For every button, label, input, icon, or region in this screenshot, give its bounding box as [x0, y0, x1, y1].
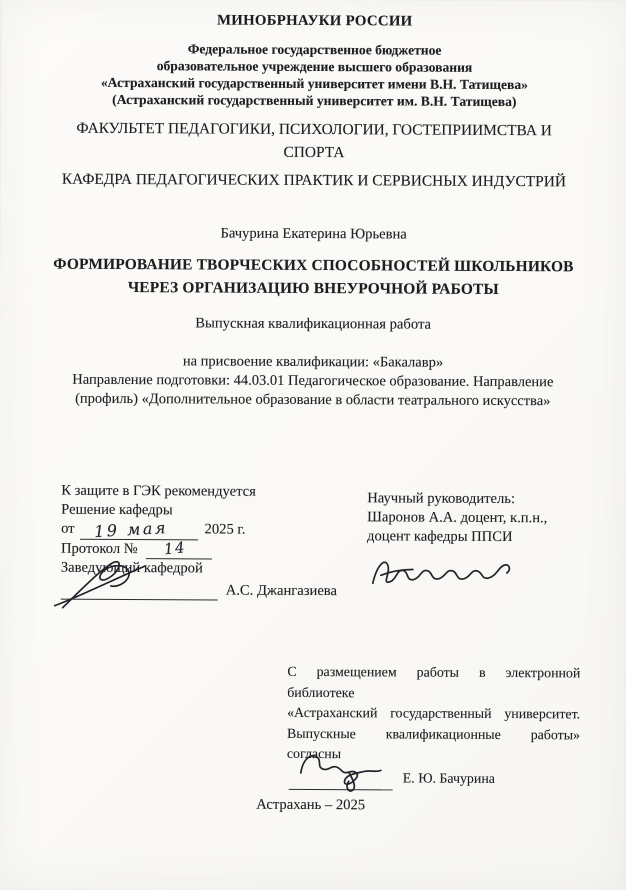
scanned-title-page: МИНОБРНАУКИ РОССИИ Федеральное государст…	[0, 0, 626, 890]
qualification-block: на присвоение квалификации: «Бакалавр» Н…	[0, 351, 626, 411]
consent-line: Выпускные квалификационные работы» согла…	[287, 725, 580, 768]
thesis-title-line: ФОРМИРОВАНИЕ ТВОРЧЕСКИХ СПОСОБНОСТЕЙ ШКО…	[0, 252, 626, 278]
faculty-line: ФАКУЛЬТЕТ ПЕДАГОГИКИ, ПСИХОЛОГИИ, ГОСТЕП…	[1, 116, 626, 142]
signer-name: Е. Ю. Бачурина	[403, 769, 495, 790]
author-name: Бачурина Екатерина Юрьевна	[1, 224, 626, 244]
approval-block: К защите в ГЭК рекомендуется Решение каф…	[61, 482, 358, 602]
protocol-line: Протокол № 14	[61, 539, 357, 560]
head-name: А.С. Джангазиева	[226, 582, 337, 602]
student-signature-blank-line	[289, 772, 393, 790]
department-heading: КАФЕДРА ПЕДАГОГИЧЕСКИХ ПРАКТИК И СЕРВИСН…	[1, 170, 626, 191]
decision-line: Решение кафедры	[61, 501, 357, 522]
head-label: Заведующий кафедрой	[61, 558, 357, 579]
handwritten-date: 19 мая	[94, 518, 169, 541]
supervisor-line: Шаронов А.А. доцент, к.п.н.,	[367, 508, 597, 528]
ministry-heading: МИНОБРНАУКИ РОССИИ	[2, 11, 626, 31]
supervisor-block: Научный руководитель: Шаронов А.А. доцен…	[367, 489, 598, 592]
supervisor-signature	[369, 553, 517, 592]
date-suffix: 2025 г.	[205, 521, 246, 540]
thesis-title-line: ЧЕРЕЗ ОРГАНИЗАЦИЮ ВНЕУРОЧНОЙ РАБОТЫ	[0, 275, 626, 301]
head-signature-line: А.С. Джангазиева	[61, 581, 357, 602]
consent-line: «Астраханский государственный университе…	[287, 704, 580, 726]
protocol-label: Протокол №	[61, 539, 138, 559]
library-consent-block: С размещением работы в электронной библи…	[287, 663, 581, 791]
handwritten-protocol-number: 14	[163, 538, 187, 559]
university-name-block: Федеральное государственное бюджетное об…	[1, 39, 626, 110]
thesis-title: ФОРМИРОВАНИЕ ТВОРЧЕСКИХ СПОСОБНОСТЕЙ ШКО…	[0, 252, 626, 301]
recommendation-line: К защите в ГЭК рекомендуется	[61, 482, 357, 503]
date-line: от 19 мая 2025 г.	[61, 520, 357, 541]
work-type-label: Выпускная квалификационная работа	[0, 314, 626, 334]
consent-line: С размещением работы в электронной библи…	[287, 663, 580, 706]
faculty-line: СПОРТА	[1, 139, 626, 165]
date-prefix: от	[61, 520, 75, 539]
student-signature-line: Е. Ю. Бачурина	[287, 769, 580, 791]
head-signature-blank-line	[61, 583, 218, 601]
program-line: (профиль) «Дополнительное образование в …	[0, 389, 626, 411]
protocol-blank-line: 14	[146, 542, 212, 559]
city-year: Астрахань – 2025	[0, 795, 624, 815]
faculty-heading: ФАКУЛЬТЕТ ПЕДАГОГИКИ, ПСИХОЛОГИИ, ГОСТЕП…	[1, 116, 626, 165]
supervisor-label: Научный руководитель:	[367, 489, 597, 509]
university-line: (Астраханский государственный университе…	[1, 90, 626, 110]
date-blank-line: 19 мая	[81, 522, 199, 540]
supervisor-line: доцент кафедры ППСИ	[367, 528, 597, 548]
